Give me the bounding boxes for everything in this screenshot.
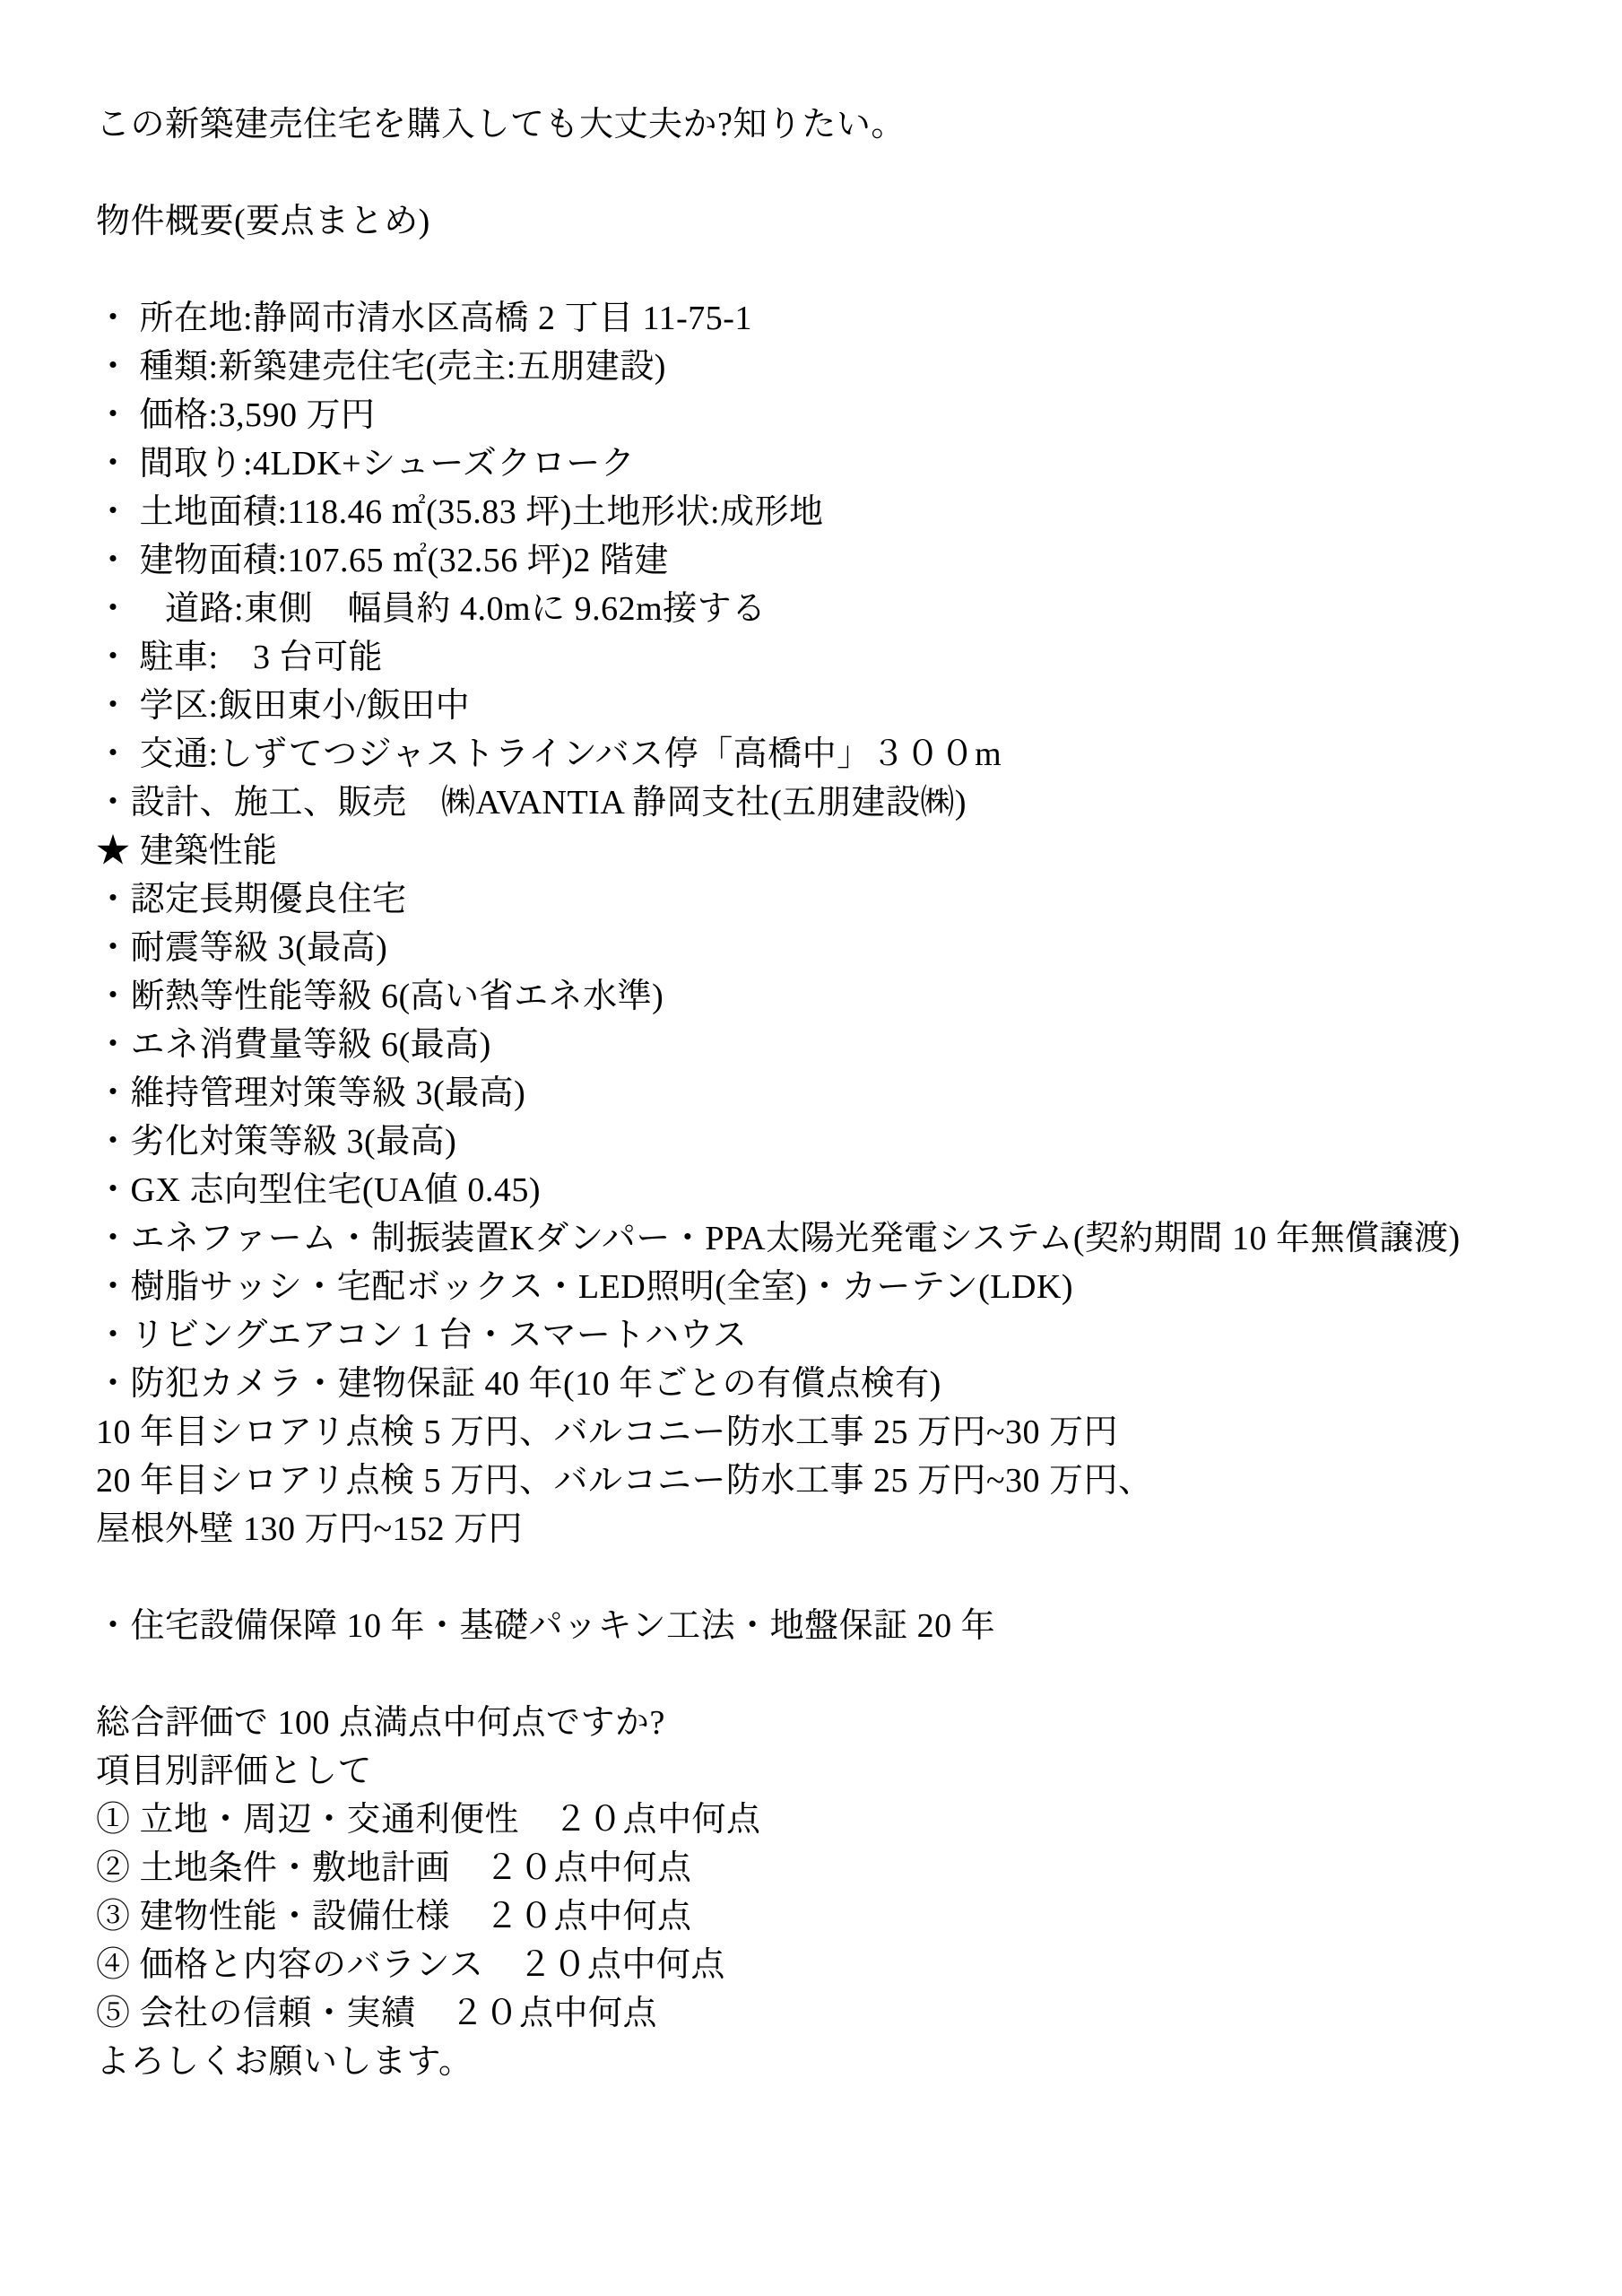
text-line-21: ・維持管理対策等級 3(最高) [96,1069,1548,1118]
text-line-2 [96,149,1548,197]
text-line-35: 項目別評価として [96,1747,1548,1796]
text-line-36: ① 立地・周辺・交通利便性 ２０点中何点 [96,1796,1548,1844]
text-line-33 [96,1650,1548,1699]
text-line-5: ・ 所在地:静岡市清水区高橋 2 丁目 11-75-1 [96,294,1548,343]
text-line-38: ③ 建物性能・設備仕様 ２０点中何点 [96,1892,1548,1941]
text-line-14: ・ 交通:しずてつジャストラインバス停「高橋中」３００m [96,730,1548,778]
text-line-30: 屋根外壁 130 万円~152 万円 [96,1505,1548,1553]
text-line-41: よろしくお願いします。 [96,2038,1548,2086]
document-body: この新築建売住宅を購入しても大丈夫か?知りたい。 物件概要(要点まとめ) ・ 所… [96,100,1548,2086]
text-line-16: ★ 建築性能 [96,827,1548,875]
text-line-3: 物件概要(要点まとめ) [96,197,1548,246]
text-line-8: ・ 間取り:4LDK+シューズクローク [96,439,1548,488]
text-line-17: ・認定長期優良住宅 [96,875,1548,924]
text-line-7: ・ 価格:3,590 万円 [96,391,1548,439]
text-line-11: ・ 道路:東側 幅員約 4.0mに 9.62m接する [96,585,1548,633]
text-line-37: ② 土地条件・敷地計画 ２０点中何点 [96,1844,1548,1892]
text-line-24: ・エネファーム・制振装置Kダンパー・PPA太陽光発電システム(契約期間 10 年… [96,1214,1548,1263]
text-line-25: ・樹脂サッシ・宅配ボックス・LED照明(全室)・カーテン(LDK) [96,1263,1548,1311]
text-line-12: ・ 駐車: 3 台可能 [96,633,1548,682]
text-line-9: ・ 土地面積:118.46 ㎡(35.83 坪)土地形状:成形地 [96,488,1548,536]
text-line-39: ④ 価格と内容のバランス ２０点中何点 [96,1941,1548,1989]
text-line-31 [96,1553,1548,1602]
text-line-28: 10 年目シロアリ点検 5 万円、バルコニー防水工事 25 万円~30 万円 [96,1408,1548,1457]
text-line-4 [96,246,1548,294]
text-line-34: 総合評価で 100 点満点中何点ですか? [96,1699,1548,1747]
text-line-26: ・リビングエアコン 1 台・スマートハウス [96,1311,1548,1360]
text-line-32: ・住宅設備保障 10 年・基礎パッキン工法・地盤保証 20 年 [96,1602,1548,1650]
text-line-40: ⑤ 会社の信頼・実績 ２０点中何点 [96,1989,1548,2038]
text-line-10: ・ 建物面積:107.65 ㎡(32.56 坪)2 階建 [96,536,1548,585]
text-line-1: この新築建売住宅を購入しても大丈夫か?知りたい。 [96,100,1548,149]
text-line-23: ・GX 志向型住宅(UA値 0.45) [96,1166,1548,1214]
text-line-18: ・耐震等級 3(最高) [96,924,1548,972]
text-line-29: 20 年目シロアリ点検 5 万円、バルコニー防水工事 25 万円~30 万円、 [96,1457,1548,1505]
text-line-22: ・劣化対策等級 3(最高) [96,1118,1548,1166]
text-line-19: ・断熱等性能等級 6(高い省エネ水準) [96,972,1548,1021]
text-line-15: ・設計、施工、販売 ㈱AVANTIA 静岡支社(五朋建設㈱) [96,778,1548,827]
text-line-20: ・エネ消費量等級 6(最高) [96,1021,1548,1069]
text-line-6: ・ 種類:新築建売住宅(売主:五朋建設) [96,343,1548,391]
document-page: この新築建売住宅を購入しても大丈夫か?知りたい。 物件概要(要点まとめ) ・ 所… [0,0,1622,2296]
text-line-13: ・ 学区:飯田東小/飯田中 [96,682,1548,730]
text-line-27: ・防犯カメラ・建物保証 40 年(10 年ごとの有償点検有) [96,1360,1548,1408]
